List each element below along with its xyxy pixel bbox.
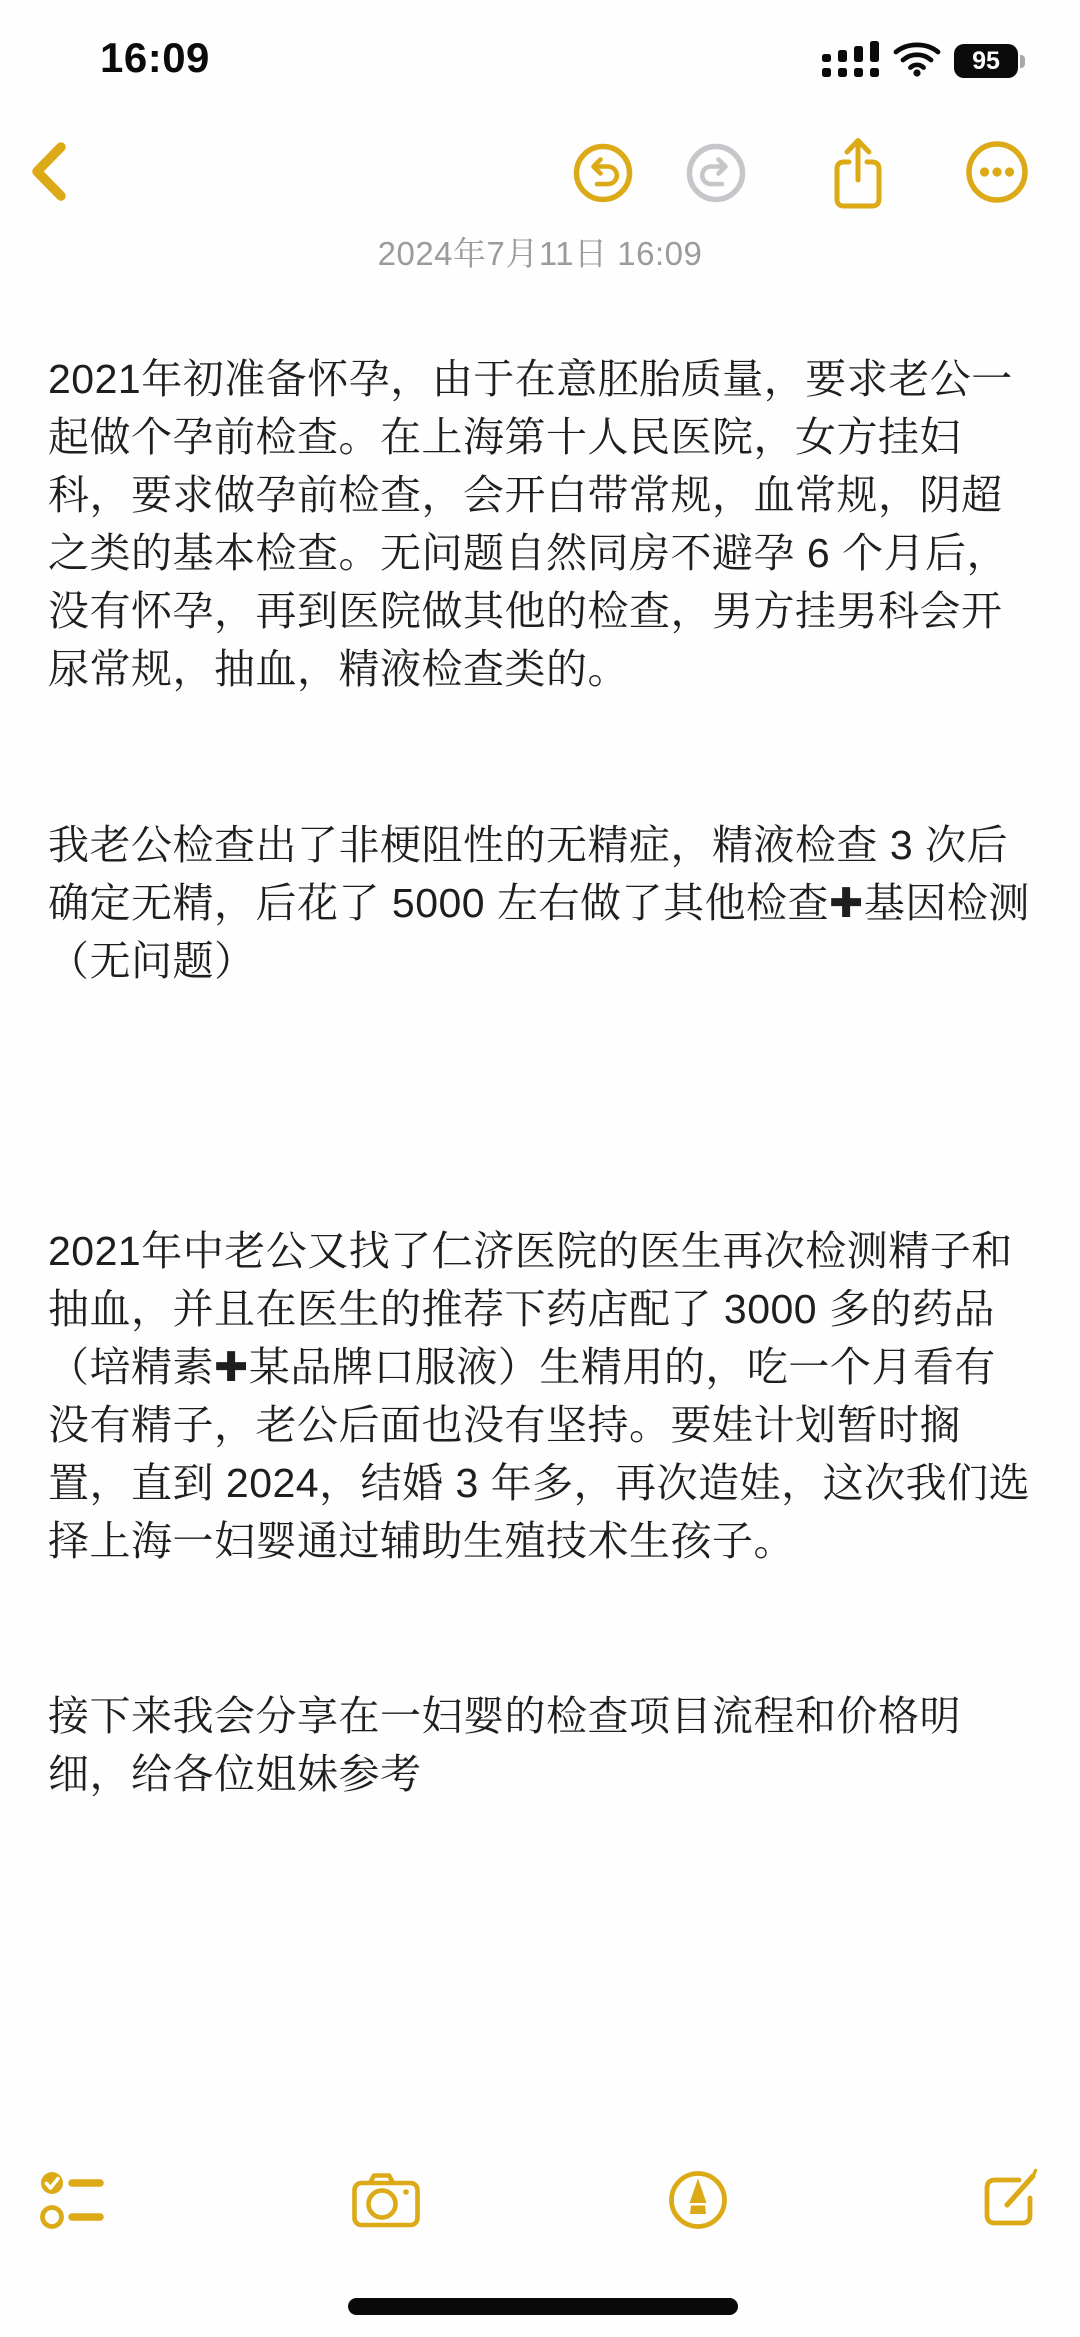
camera-icon [352,2172,420,2228]
note-date: 2024年7月11日 16:09 [0,228,1080,275]
more-button[interactable] [965,140,1029,204]
note-paragraph-2[interactable]: 我老公检查出了非梗阻性的无精症，精液检查 3 次后确定无精，后花了 5000 左… [48,816,1036,990]
chevron-left-icon [28,142,68,202]
home-indicator[interactable] [348,2298,738,2315]
note-body[interactable]: 2021年初准备怀孕，由于在意胚胎质量，要求老公一起做个孕前检查。在上海第十人民… [48,350,1036,1803]
undo-button[interactable] [572,142,634,204]
note-paragraph-1[interactable]: 2021年初准备怀孕，由于在意胚胎质量，要求老公一起做个孕前检查。在上海第十人民… [48,350,1036,698]
nav-bar [0,128,1080,220]
bottom-toolbar [0,2160,1080,2240]
battery-percent: 95 [972,47,1000,76]
wifi-icon [893,40,941,82]
compose-button[interactable] [976,2167,1040,2233]
redo-icon [685,142,747,204]
checklist-button[interactable] [40,2171,104,2229]
status-icons: 95 [822,40,1018,82]
battery-indicator: 95 [954,44,1018,78]
share-icon [827,132,889,212]
status-time: 16:09 [100,34,210,82]
back-button[interactable] [28,142,68,202]
markup-pen-button[interactable] [668,2170,728,2230]
note-paragraph-4[interactable]: 接下来我会分享在一妇婴的检查项目流程和价格明细，给各位姐妹参考 [48,1687,1036,1803]
cellular-signal-icon [822,41,880,82]
status-bar: 16:09 [0,0,1080,110]
compose-icon [976,2167,1040,2233]
ellipsis-icon [965,140,1029,204]
note-paragraph-3[interactable]: 2021年中老公又找了仁济医院的医生再次检测精子和抽血，并且在医生的推荐下药店配… [48,1222,1036,1570]
checklist-icon [40,2171,104,2229]
notes-app-screen: 16:09 [0,0,1080,2337]
marker-pen-icon [668,2170,728,2230]
undo-icon [572,142,634,204]
camera-button[interactable] [352,2172,420,2228]
share-button[interactable] [827,132,889,212]
redo-button[interactable] [685,142,747,204]
battery-nub [1020,55,1025,68]
